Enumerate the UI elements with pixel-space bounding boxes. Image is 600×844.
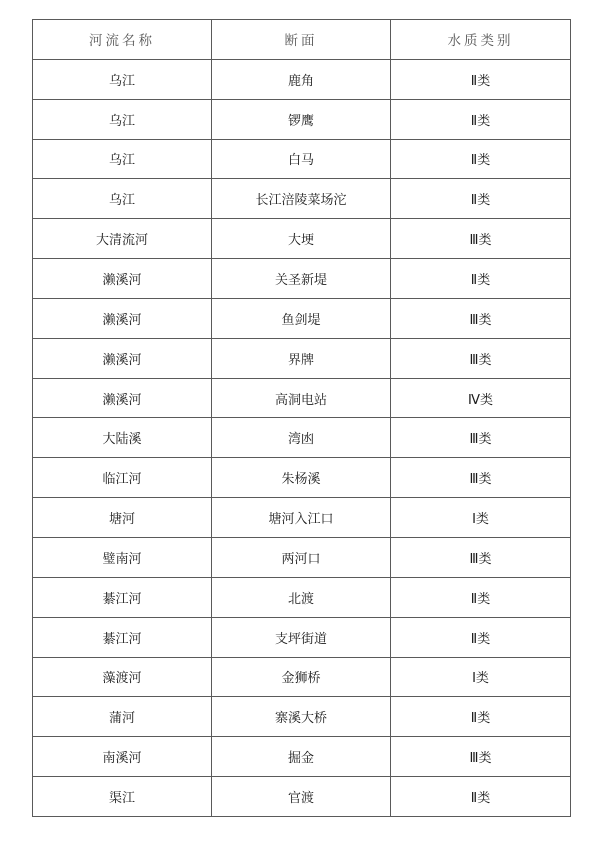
water-quality-table: 河流名称 断面 水质类别 乌江 鹿角 Ⅱ类 乌江 锣鹰 Ⅱ类 乌江 白马 Ⅱ类 bbox=[32, 19, 571, 817]
table-row: 綦江河 北渡 Ⅱ类 bbox=[33, 577, 571, 617]
cell-section: 支坪街道 bbox=[212, 617, 391, 657]
table-row: 乌江 锣鹰 Ⅱ类 bbox=[33, 99, 571, 139]
table-row: 塘河 塘河入江口 Ⅰ类 bbox=[33, 498, 571, 538]
cell-section: 界牌 bbox=[212, 338, 391, 378]
table-row: 乌江 长江涪陵菜场沱 Ⅱ类 bbox=[33, 179, 571, 219]
cell-section: 北渡 bbox=[212, 577, 391, 617]
table-row: 南溪河 掘金 Ⅲ类 bbox=[33, 737, 571, 777]
table-row: 大清流河 大埂 Ⅲ类 bbox=[33, 219, 571, 259]
cell-quality: Ⅱ类 bbox=[391, 59, 571, 99]
cell-river: 綦江河 bbox=[33, 617, 212, 657]
table-row: 临江河 朱杨溪 Ⅲ类 bbox=[33, 458, 571, 498]
cell-section: 白马 bbox=[212, 139, 391, 179]
cell-quality: Ⅲ类 bbox=[391, 298, 571, 338]
cell-quality: Ⅰ类 bbox=[391, 498, 571, 538]
table-row: 渠江 官渡 Ⅱ类 bbox=[33, 777, 571, 817]
cell-quality: Ⅳ类 bbox=[391, 378, 571, 418]
cell-section: 湾凼 bbox=[212, 418, 391, 458]
water-quality-table-container: 河流名称 断面 水质类别 乌江 鹿角 Ⅱ类 乌江 锣鹰 Ⅱ类 乌江 白马 Ⅱ类 bbox=[32, 19, 570, 817]
table-row: 蒲河 寨溪大桥 Ⅱ类 bbox=[33, 697, 571, 737]
cell-quality: Ⅲ类 bbox=[391, 219, 571, 259]
cell-quality: Ⅱ类 bbox=[391, 99, 571, 139]
table-row: 乌江 白马 Ⅱ类 bbox=[33, 139, 571, 179]
cell-river: 乌江 bbox=[33, 179, 212, 219]
cell-river: 大陆溪 bbox=[33, 418, 212, 458]
cell-river: 乌江 bbox=[33, 139, 212, 179]
header-river-name: 河流名称 bbox=[33, 20, 212, 60]
table-row: 璧南河 两河口 Ⅲ类 bbox=[33, 537, 571, 577]
cell-section: 塘河入江口 bbox=[212, 498, 391, 538]
cell-section: 官渡 bbox=[212, 777, 391, 817]
cell-quality: Ⅲ类 bbox=[391, 418, 571, 458]
cell-section: 朱杨溪 bbox=[212, 458, 391, 498]
cell-quality: Ⅱ类 bbox=[391, 697, 571, 737]
cell-river: 濑溪河 bbox=[33, 338, 212, 378]
cell-quality: Ⅲ类 bbox=[391, 537, 571, 577]
cell-river: 璧南河 bbox=[33, 537, 212, 577]
cell-section: 锣鹰 bbox=[212, 99, 391, 139]
cell-quality: Ⅰ类 bbox=[391, 657, 571, 697]
cell-river: 濑溪河 bbox=[33, 378, 212, 418]
table-row: 綦江河 支坪街道 Ⅱ类 bbox=[33, 617, 571, 657]
cell-quality: Ⅱ类 bbox=[391, 179, 571, 219]
cell-river: 濑溪河 bbox=[33, 259, 212, 299]
table-row: 濑溪河 鱼剑堤 Ⅲ类 bbox=[33, 298, 571, 338]
cell-section: 高洞电站 bbox=[212, 378, 391, 418]
cell-river: 塘河 bbox=[33, 498, 212, 538]
cell-quality: Ⅱ类 bbox=[391, 139, 571, 179]
cell-river: 南溪河 bbox=[33, 737, 212, 777]
cell-section: 大埂 bbox=[212, 219, 391, 259]
table-row: 大陆溪 湾凼 Ⅲ类 bbox=[33, 418, 571, 458]
cell-river: 藻渡河 bbox=[33, 657, 212, 697]
cell-river: 濑溪河 bbox=[33, 298, 212, 338]
table-row: 藻渡河 金狮桥 Ⅰ类 bbox=[33, 657, 571, 697]
cell-quality: Ⅲ类 bbox=[391, 338, 571, 378]
cell-section: 掘金 bbox=[212, 737, 391, 777]
cell-section: 鹿角 bbox=[212, 59, 391, 99]
cell-section: 两河口 bbox=[212, 537, 391, 577]
cell-section: 长江涪陵菜场沱 bbox=[212, 179, 391, 219]
cell-quality: Ⅱ类 bbox=[391, 777, 571, 817]
cell-river: 渠江 bbox=[33, 777, 212, 817]
cell-river: 临江河 bbox=[33, 458, 212, 498]
cell-river: 乌江 bbox=[33, 59, 212, 99]
table-header-row: 河流名称 断面 水质类别 bbox=[33, 20, 571, 60]
cell-quality: Ⅱ类 bbox=[391, 617, 571, 657]
cell-quality: Ⅱ类 bbox=[391, 577, 571, 617]
header-section: 断面 bbox=[212, 20, 391, 60]
cell-section: 金狮桥 bbox=[212, 657, 391, 697]
table-row: 濑溪河 界牌 Ⅲ类 bbox=[33, 338, 571, 378]
header-water-quality: 水质类别 bbox=[391, 20, 571, 60]
cell-river: 大清流河 bbox=[33, 219, 212, 259]
cell-river: 乌江 bbox=[33, 99, 212, 139]
cell-quality: Ⅲ类 bbox=[391, 737, 571, 777]
cell-section: 寨溪大桥 bbox=[212, 697, 391, 737]
cell-quality: Ⅲ类 bbox=[391, 458, 571, 498]
table-row: 乌江 鹿角 Ⅱ类 bbox=[33, 59, 571, 99]
cell-section: 关圣新堤 bbox=[212, 259, 391, 299]
cell-quality: Ⅱ类 bbox=[391, 259, 571, 299]
cell-river: 蒲河 bbox=[33, 697, 212, 737]
cell-river: 綦江河 bbox=[33, 577, 212, 617]
table-row: 濑溪河 关圣新堤 Ⅱ类 bbox=[33, 259, 571, 299]
cell-section: 鱼剑堤 bbox=[212, 298, 391, 338]
table-row: 濑溪河 高洞电站 Ⅳ类 bbox=[33, 378, 571, 418]
